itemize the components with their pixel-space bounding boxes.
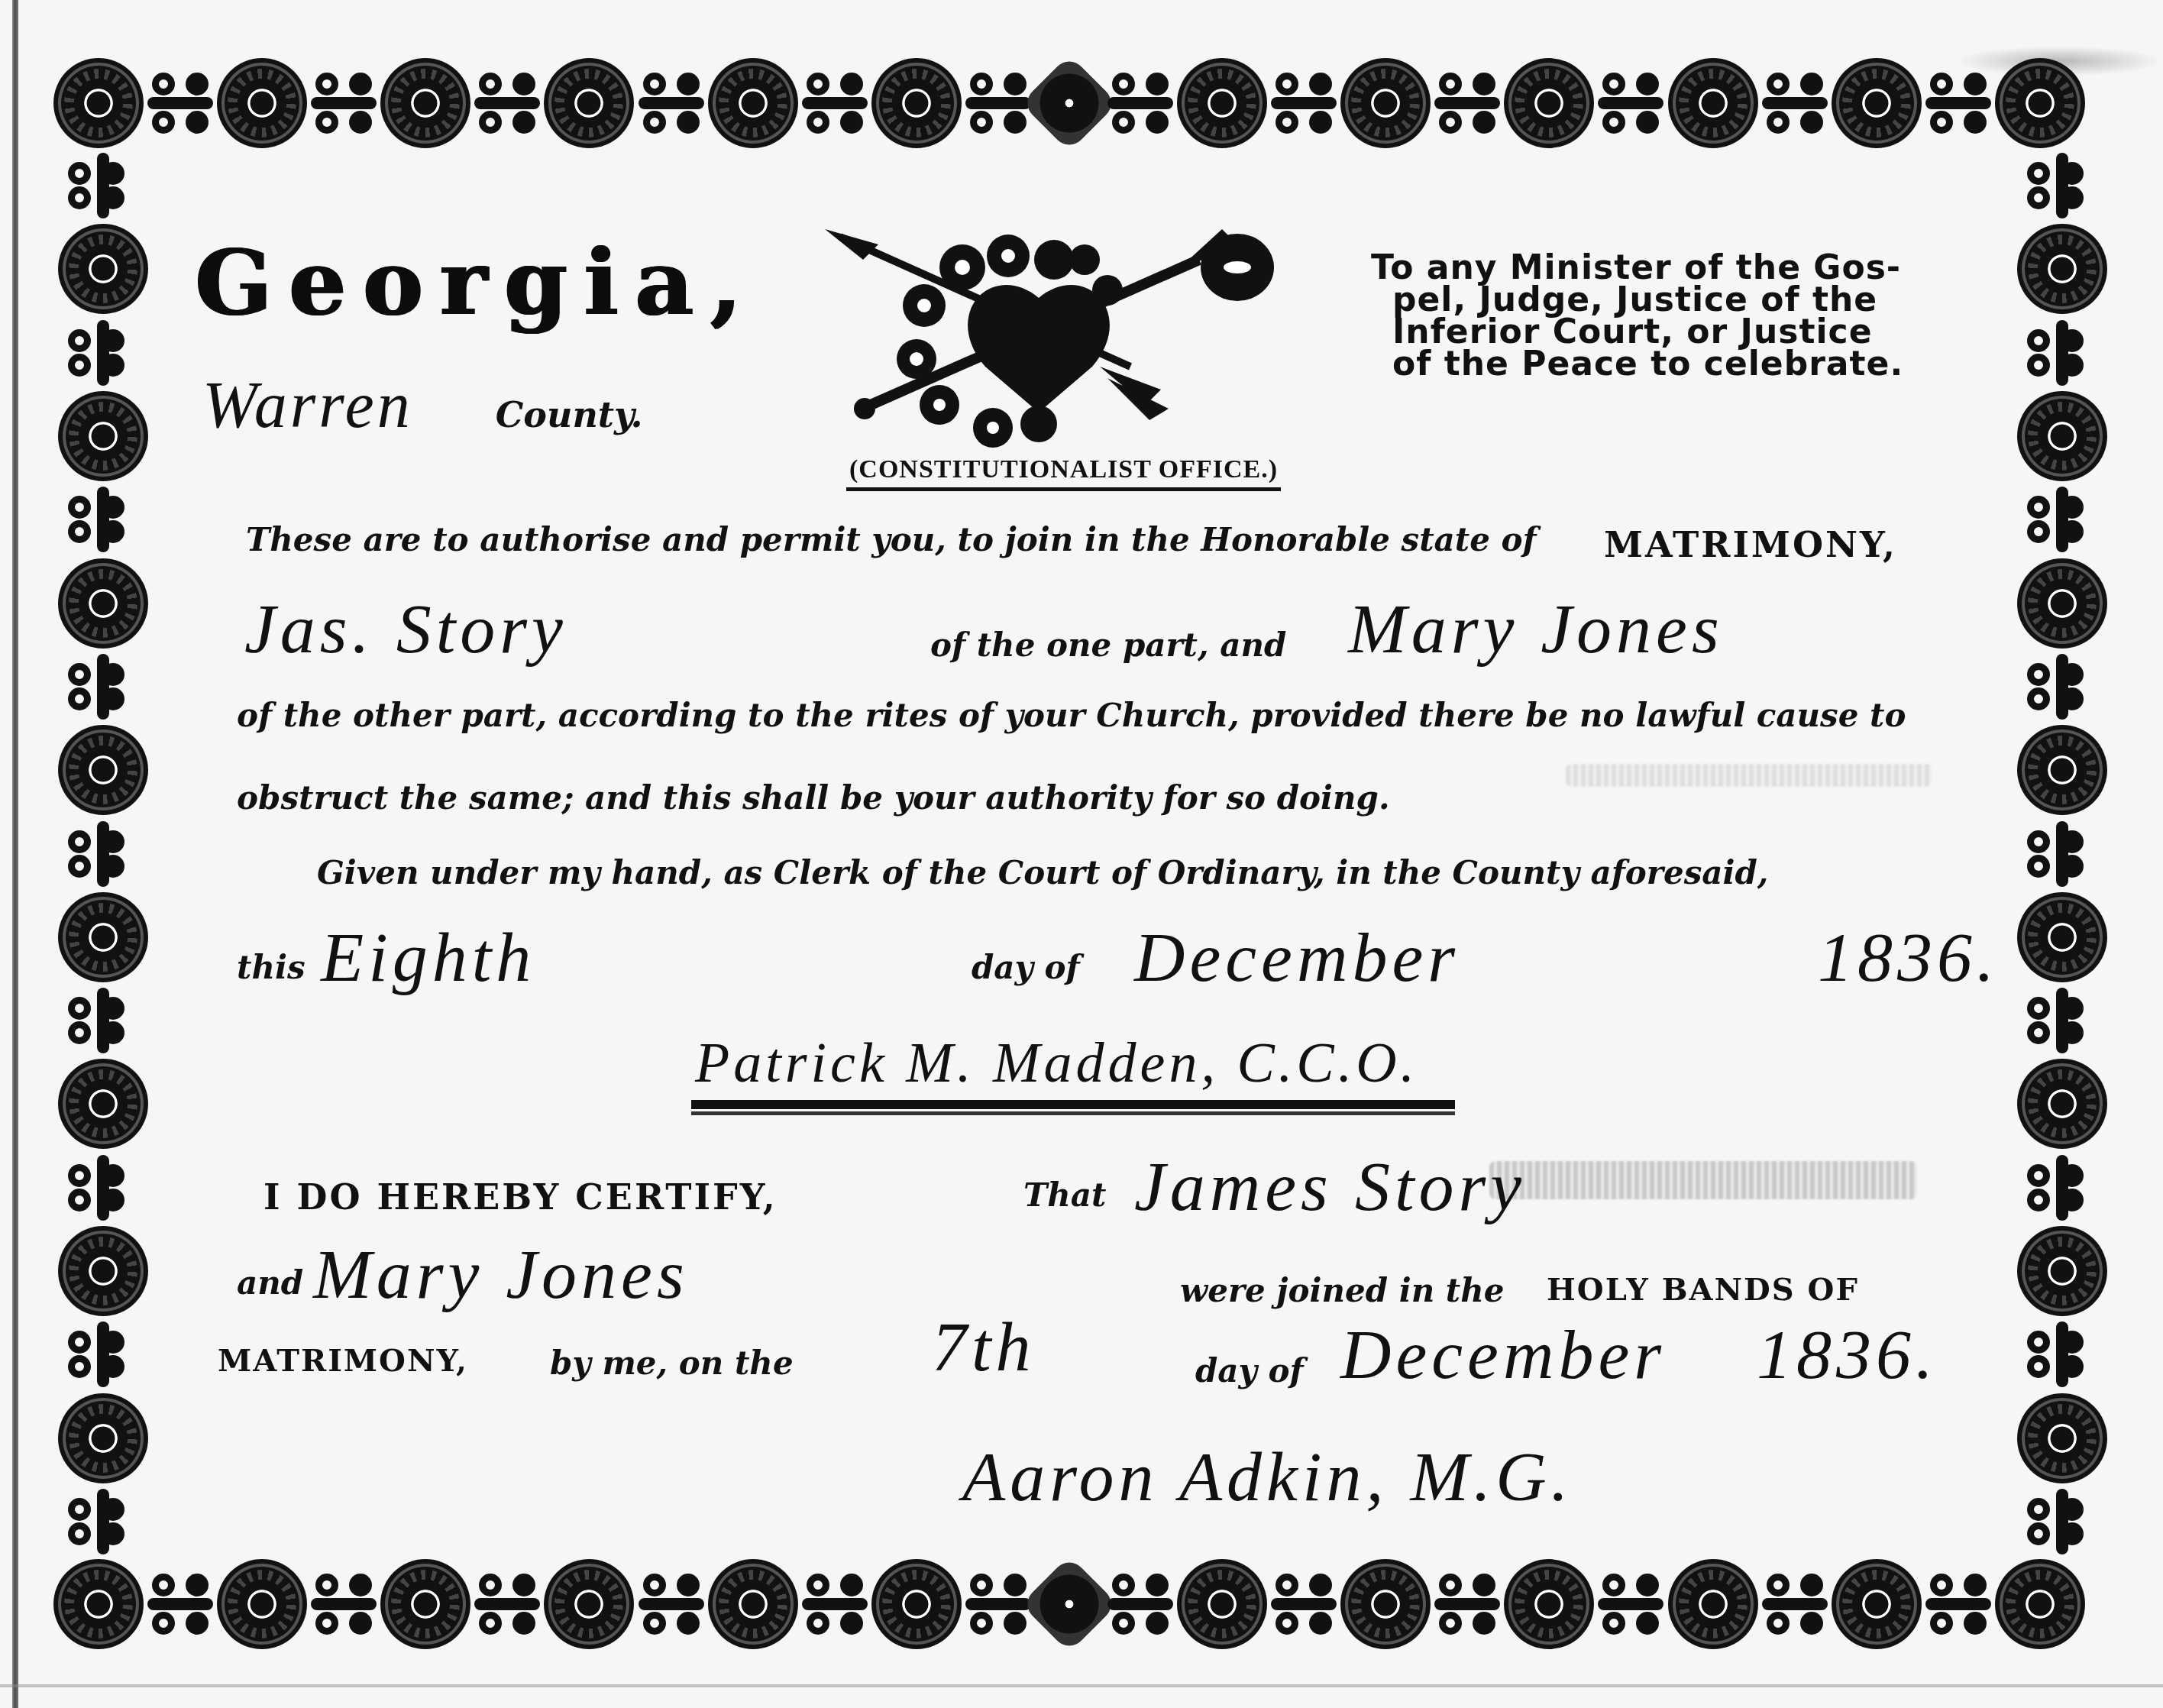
scroll-ornament-icon <box>1434 63 1500 143</box>
state-title: Georgia, <box>195 229 758 335</box>
scroll-ornament-icon <box>1598 63 1663 143</box>
scroll-bar-ornament <box>1598 1598 1663 1610</box>
scroll-ornament-icon <box>1434 1564 1500 1644</box>
rosette-ornament-icon <box>58 224 148 314</box>
clerk-signature: Patrick M. Madden, C.C.O. <box>695 1031 1418 1096</box>
scroll-bar-ornament <box>2056 988 2068 1053</box>
scroll-ornament-icon <box>2022 1489 2102 1554</box>
signature-underline <box>691 1100 1455 1115</box>
groom-name-handwritten: Jas. Story <box>244 588 567 669</box>
ornamental-border-left <box>53 153 153 1554</box>
scroll-ornament-icon <box>147 63 213 143</box>
scroll-ornament-icon <box>965 63 1031 143</box>
license-month-handwritten: December <box>1134 917 1460 998</box>
rosette-ornament-icon <box>58 391 148 481</box>
scroll-ornament-icon <box>63 988 143 1053</box>
scroll-ornament-icon <box>63 1155 143 1221</box>
rosette-ornament-icon <box>1177 1559 1267 1649</box>
scroll-bar-ornament <box>97 654 109 720</box>
medallion-ornament-icon <box>1020 1555 1117 1652</box>
scroll-bar-ornament <box>1107 97 1173 109</box>
scroll-ornament-icon <box>2022 821 2102 887</box>
scroll-ornament-icon <box>1598 1564 1663 1644</box>
scroll-ornament-icon <box>63 487 143 552</box>
scroll-bar-ornament <box>965 97 1031 109</box>
rosette-ornament-icon <box>708 58 798 148</box>
ornamental-border-top <box>53 53 2085 153</box>
scroll-bar-ornament <box>97 1489 109 1554</box>
scroll-bar-ornament <box>802 97 868 109</box>
scroll-bar-ornament <box>97 320 109 386</box>
scroll-bar-ornament <box>1434 1598 1500 1610</box>
certificate-groom-handwritten: James Story <box>1134 1146 1526 1227</box>
day-of-label: day of <box>972 949 1080 986</box>
scroll-ornament-icon <box>802 1564 868 1644</box>
scroll-bar-ornament <box>97 487 109 552</box>
scroll-ornament-icon <box>63 1489 143 1554</box>
scroll-ornament-icon <box>2022 487 2102 552</box>
scroll-ornament-icon <box>2022 988 2102 1053</box>
scroll-bar-ornament <box>311 97 377 109</box>
holy-bands-heading: HOLY BANDS OF <box>1547 1272 1859 1308</box>
by-me-text: by me, on the <box>550 1344 794 1382</box>
scroll-bar-ornament <box>1762 97 1828 109</box>
rosette-ornament-icon <box>58 1393 148 1483</box>
scroll-ornament-icon <box>2022 153 2102 218</box>
rosette-ornament-icon <box>58 1059 148 1149</box>
rosette-ornament-icon <box>871 58 962 148</box>
addressee-line: Inferior Court, or Justice <box>1371 316 1997 348</box>
scroll-bar-ornament <box>2056 1321 2068 1387</box>
obstruct-text: obstruct the same; and this shall be you… <box>237 779 1390 817</box>
scroll-ornament-icon <box>2022 654 2102 720</box>
rosette-ornament-icon <box>1504 1559 1594 1649</box>
scroll-ornament-icon <box>1107 63 1173 143</box>
scroll-bar-ornament <box>147 1598 213 1610</box>
scroll-bar-ornament <box>147 97 213 109</box>
scroll-bar-ornament <box>2056 654 2068 720</box>
scroll-ornament-icon <box>63 153 143 218</box>
rosette-ornament-icon <box>708 1559 798 1649</box>
printer-imprint: (CONSTITUTIONALIST OFFICE.) <box>846 455 1281 491</box>
scroll-bar-ornament <box>2056 487 2068 552</box>
rosette-ornament-icon <box>2017 1059 2107 1149</box>
scan-edge <box>0 1684 2163 1687</box>
rosette-ornament-icon <box>871 1559 962 1649</box>
scroll-bar-ornament <box>474 1598 540 1610</box>
scroll-bar-ornament <box>1762 1598 1828 1610</box>
scroll-ornament-icon <box>63 821 143 887</box>
scroll-ornament-icon <box>1107 1564 1173 1644</box>
rosette-ornament-icon <box>544 1559 634 1649</box>
rosette-ornament-icon <box>58 558 148 649</box>
officiant-signature: Aaron Adkin, M.G. <box>962 1436 1573 1517</box>
rosette-ornament-icon <box>2017 1226 2107 1316</box>
scroll-bar-ornament <box>311 1598 377 1610</box>
license-day-handwritten: Eighth <box>321 917 535 998</box>
matrimony-certificate-heading: MATRIMONY, <box>218 1343 468 1379</box>
given-text: Given under my hand, as Clerk of the Cou… <box>317 854 1768 891</box>
county-label: County. <box>496 394 643 435</box>
scroll-bar-ornament <box>639 1598 704 1610</box>
rosette-ornament-icon <box>53 1559 144 1649</box>
scroll-bar-ornament <box>1598 97 1663 109</box>
heart-arrow-trumpet-wreath-icon <box>810 214 1329 458</box>
rosette-ornament-icon <box>58 892 148 982</box>
scroll-bar-ornament <box>2056 320 2068 386</box>
rosette-ornament-icon <box>58 725 148 815</box>
rosette-ornament-icon <box>1340 1559 1431 1649</box>
ornamental-border-bottom <box>53 1554 2085 1654</box>
scroll-bar-ornament <box>97 153 109 218</box>
rosette-ornament-icon <box>1668 58 1758 148</box>
certify-heading: I DO HEREBY CERTIFY, <box>264 1176 778 1218</box>
scroll-bar-ornament <box>965 1598 1031 1610</box>
scroll-ornament-icon <box>63 654 143 720</box>
scroll-bar-ornament <box>2056 821 2068 887</box>
rosette-ornament-icon <box>1995 58 2085 148</box>
rosette-ornament-icon <box>2017 224 2107 314</box>
scroll-ornament-icon <box>1271 1564 1337 1644</box>
scroll-bar-ornament <box>639 97 704 109</box>
bleed-through-smudge <box>1566 764 1932 787</box>
scan-edge <box>12 0 18 1708</box>
scroll-ornament-icon <box>1271 63 1337 143</box>
certificate-month-handwritten: December <box>1340 1314 1666 1395</box>
scroll-ornament-icon <box>1762 63 1828 143</box>
scroll-bar-ornament <box>2056 1489 2068 1554</box>
scroll-ornament-icon <box>639 63 704 143</box>
addressee-line: To any Minister of the Gos- <box>1371 252 1997 284</box>
certificate-day-handwritten: 7th <box>932 1306 1036 1387</box>
rosette-ornament-icon <box>380 58 470 148</box>
scroll-bar-ornament <box>97 1155 109 1221</box>
and-label: and <box>237 1264 303 1302</box>
rosette-ornament-icon <box>53 58 144 148</box>
bride-name-handwritten: Mary Jones <box>1348 588 1724 669</box>
rosette-ornament-icon <box>217 58 307 148</box>
rosette-ornament-icon <box>2017 725 2107 815</box>
rosette-ornament-icon <box>544 58 634 148</box>
scroll-bar-ornament <box>802 1598 868 1610</box>
scroll-bar-ornament <box>97 1321 109 1387</box>
rosette-ornament-icon <box>1668 1559 1758 1649</box>
this-label: this <box>237 949 306 986</box>
scroll-ornament-icon <box>63 320 143 386</box>
scroll-bar-ornament <box>1271 1598 1337 1610</box>
rosette-ornament-icon <box>1995 1559 2085 1649</box>
other-part-text: of the other part, according to the rite… <box>237 697 1906 734</box>
matrimony-heading: MATRIMONY, <box>1604 524 1897 565</box>
scroll-ornament-icon <box>1925 1564 1991 1644</box>
certificate-day-of-label: day of <box>1195 1352 1304 1389</box>
scroll-ornament-icon <box>474 63 540 143</box>
scroll-bar-ornament <box>97 821 109 887</box>
rosette-ornament-icon <box>1504 58 1594 148</box>
county-line: Warren County. <box>202 367 643 443</box>
joined-text: were joined in the <box>1180 1272 1505 1309</box>
rosette-ornament-icon <box>58 1226 148 1316</box>
rosette-ornament-icon <box>2017 391 2107 481</box>
scroll-ornament-icon <box>965 1564 1031 1644</box>
scroll-ornament-icon <box>2022 1321 2102 1387</box>
certificate-bride-handwritten: Mary Jones <box>313 1234 689 1315</box>
scroll-ornament-icon <box>147 1564 213 1644</box>
scroll-bar-ornament <box>2056 1155 2068 1221</box>
license-intro: These are to authorise and permit you, t… <box>246 521 1537 558</box>
county-name-handwritten: Warren <box>202 368 413 442</box>
scroll-ornament-icon <box>1762 1564 1828 1644</box>
rosette-ornament-icon <box>2017 558 2107 649</box>
one-part-text: of the one part, and <box>930 626 1286 664</box>
scroll-ornament-icon <box>311 1564 377 1644</box>
scroll-bar-ornament <box>1271 97 1337 109</box>
scroll-bar-ornament <box>1925 97 1991 109</box>
scroll-ornament-icon <box>639 1564 704 1644</box>
that-label: That <box>1023 1176 1106 1214</box>
scroll-ornament-icon <box>2022 320 2102 386</box>
scroll-ornament-icon <box>2022 1155 2102 1221</box>
addressee-block: To any Minister of the Gos- pel, Judge, … <box>1371 252 1997 380</box>
rosette-ornament-icon <box>217 1559 307 1649</box>
scroll-ornament-icon <box>63 1321 143 1387</box>
scroll-bar-ornament <box>1925 1598 1991 1610</box>
license-year-handwritten: 1836. <box>1818 917 1999 998</box>
scroll-bar-ornament <box>474 97 540 109</box>
addressee-line: pel, Judge, Justice of the <box>1371 284 1997 316</box>
ornamental-border-right <box>2013 153 2112 1554</box>
rosette-ornament-icon <box>2017 1393 2107 1483</box>
scroll-bar-ornament <box>97 988 109 1053</box>
rosette-ornament-icon <box>1832 1559 1922 1649</box>
scroll-ornament-icon <box>474 1564 540 1644</box>
certificate-year-handwritten: 1836. <box>1757 1314 1938 1395</box>
scroll-ornament-icon <box>802 63 868 143</box>
addressee-line: of the Peace to celebrate. <box>1371 348 1997 380</box>
rosette-ornament-icon <box>380 1559 470 1649</box>
scroll-bar-ornament <box>1107 1598 1173 1610</box>
bleed-through-smudge <box>1489 1161 1917 1199</box>
scroll-bar-ornament <box>1434 97 1500 109</box>
rosette-ornament-icon <box>1177 58 1267 148</box>
rosette-ornament-icon <box>1832 58 1922 148</box>
rosette-ornament-icon <box>2017 892 2107 982</box>
scroll-ornament-icon <box>1925 63 1991 143</box>
rosette-ornament-icon <box>1340 58 1431 148</box>
scroll-bar-ornament <box>2056 153 2068 218</box>
medallion-ornament-icon <box>1020 54 1117 151</box>
scroll-ornament-icon <box>311 63 377 143</box>
